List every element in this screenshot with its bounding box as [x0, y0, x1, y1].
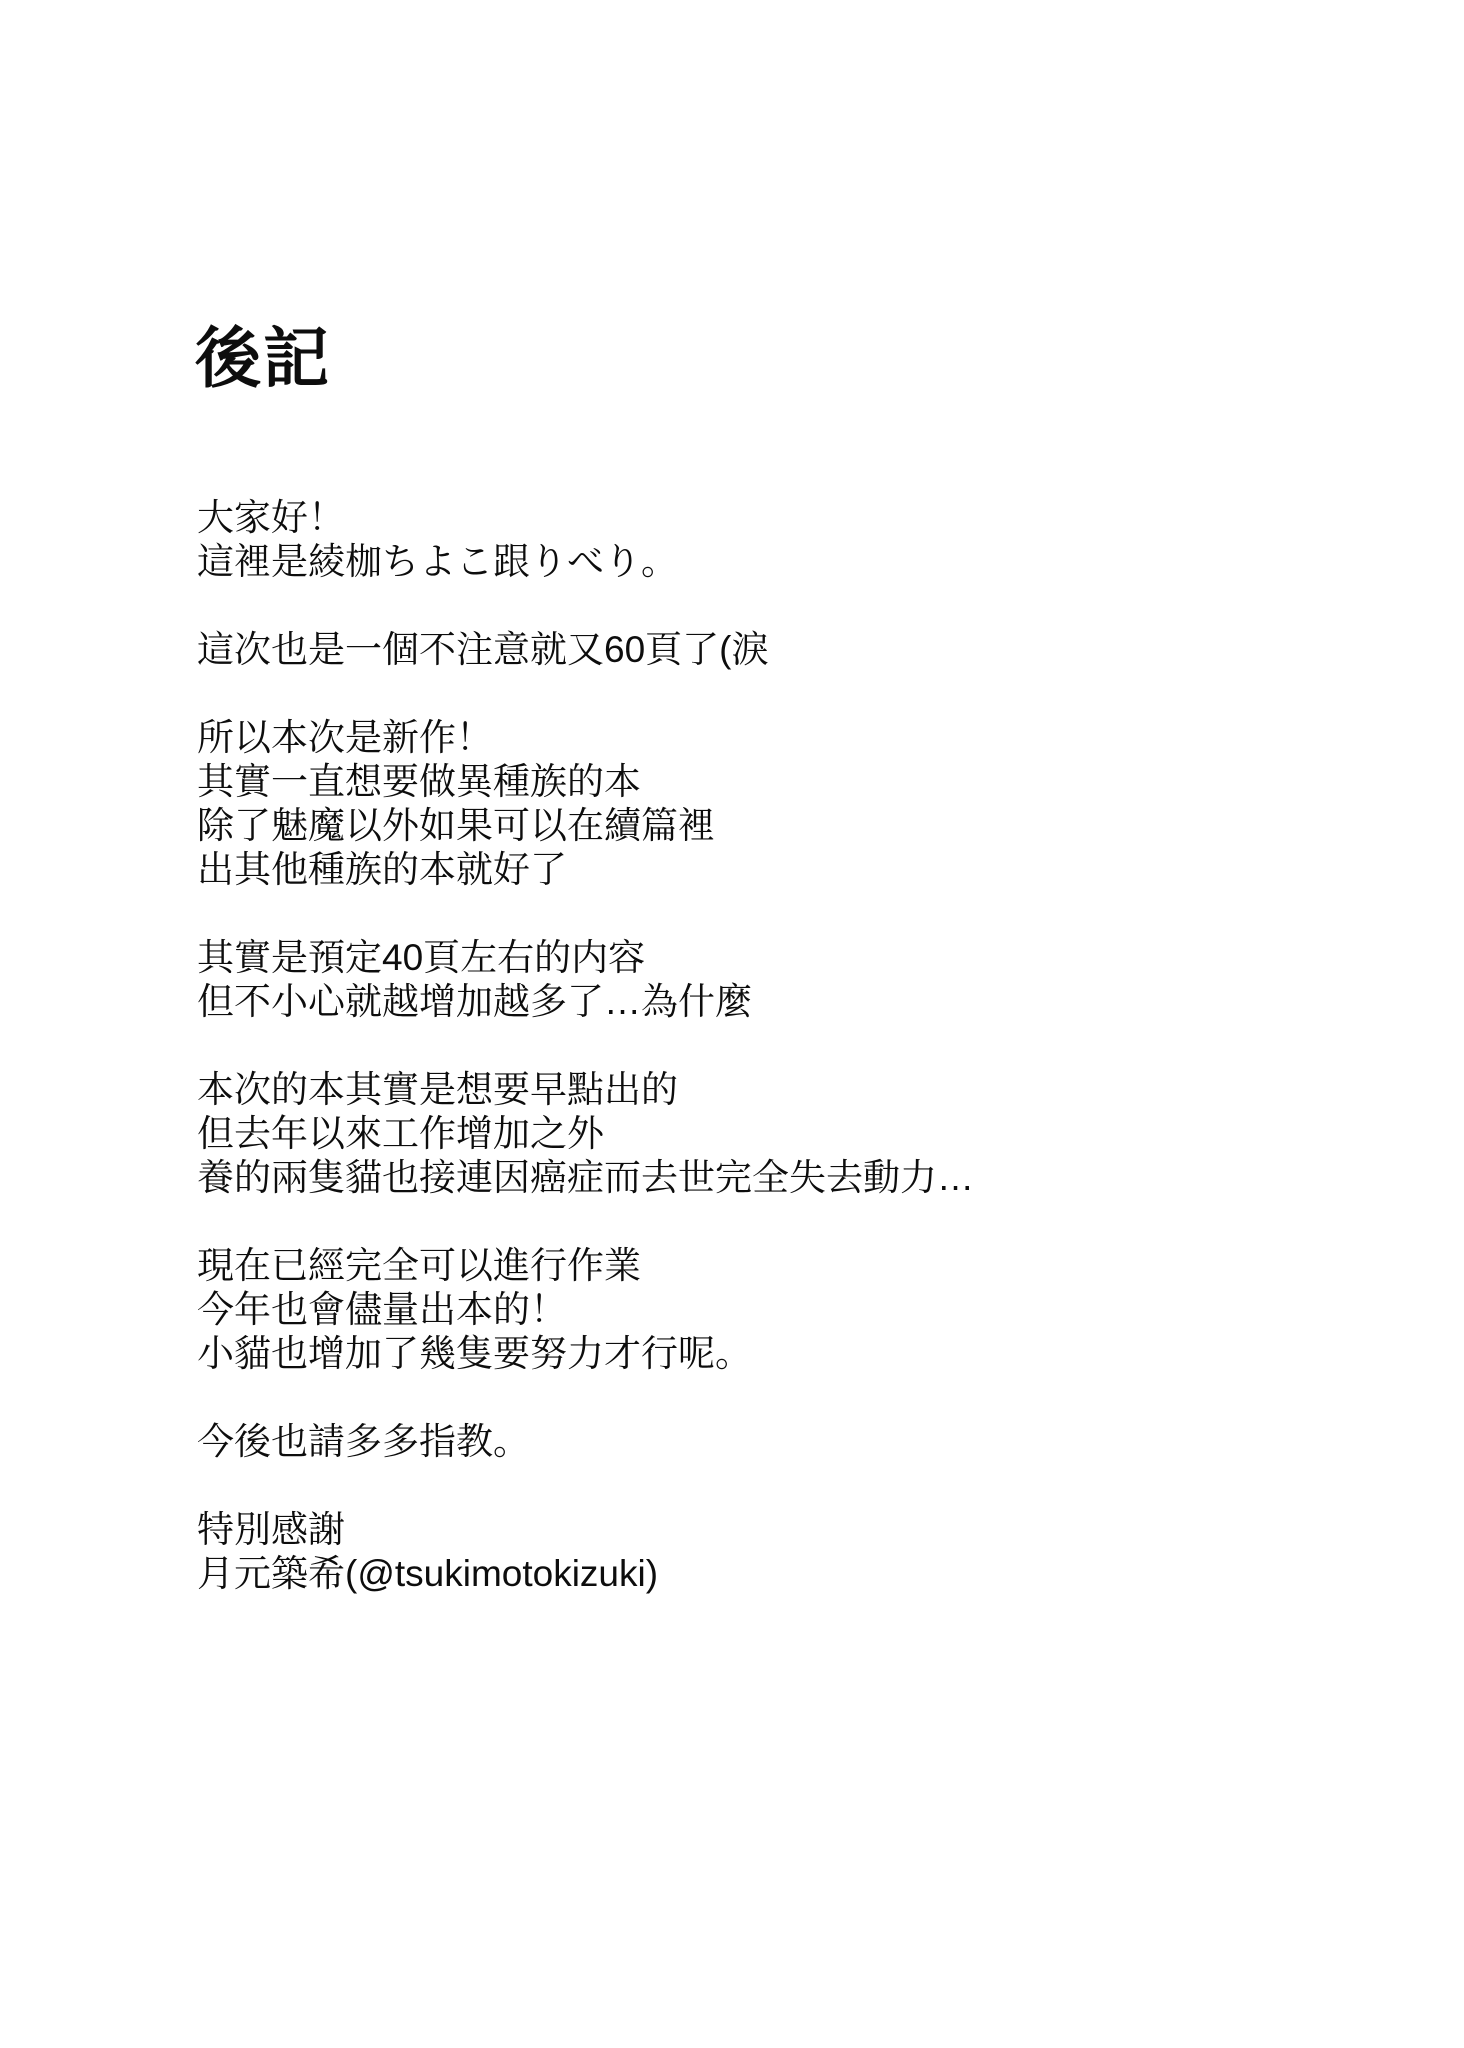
text-line: 其實是預定40頁左右的内容: [197, 936, 974, 980]
text-line: 今年也會儘量出本的！: [197, 1288, 974, 1332]
paragraph-new-work: 所以本次是新作！ 其實一直想要做異種族的本 除了魅魔以外如果可以在續篇裡 出其他…: [197, 716, 974, 892]
afterword-body: 大家好！ 這裡是綾枷ちよこ跟りべり。 這次也是一個不注意就又60頁了(淚 所以本…: [197, 496, 974, 1640]
text-line: 月元築希(@tsukimotokizuki): [197, 1552, 974, 1596]
text-line: 大家好！: [197, 496, 974, 540]
text-line: 出其他種族的本就好了: [197, 848, 974, 892]
text-line: 但不小心就越增加越多了…為什麼: [197, 980, 974, 1024]
paragraph-delay-reason: 本次的本其實是想要早點出的 但去年以來工作增加之外 養的兩隻貓也接連因癌症而去世…: [197, 1068, 974, 1200]
paragraph-greeting: 大家好！ 這裡是綾枷ちよこ跟りべり。: [197, 496, 974, 584]
text-line: 本次的本其實是想要早點出的: [197, 1068, 974, 1112]
text-line: 小貓也增加了幾隻要努力才行呢。: [197, 1332, 974, 1376]
paragraph-planned-length: 其實是預定40頁左右的内容 但不小心就越增加越多了…為什麼: [197, 936, 974, 1024]
text-line: 這次也是一個不注意就又60頁了(淚: [197, 628, 974, 672]
text-line: 這裡是綾枷ちよこ跟りべり。: [197, 540, 974, 584]
text-line: 除了魅魔以外如果可以在續篇裡: [197, 804, 974, 848]
paragraph-current-status: 現在已經完全可以進行作業 今年也會儘量出本的！ 小貓也增加了幾隻要努力才行呢。: [197, 1244, 974, 1376]
paragraph-page-count: 這次也是一個不注意就又60頁了(淚: [197, 628, 974, 672]
paragraph-special-thanks: 特別感謝 月元築希(@tsukimotokizuki): [197, 1508, 974, 1596]
text-line: 養的兩隻貓也接連因癌症而去世完全失去動力…: [197, 1156, 974, 1200]
text-line: 其實一直想要做異種族的本: [197, 760, 974, 804]
afterword-page: 後記 大家好！ 這裡是綾枷ちよこ跟りべり。 這次也是一個不注意就又60頁了(淚 …: [0, 0, 1464, 2048]
text-line: 特別感謝: [197, 1508, 974, 1552]
paragraph-closing: 今後也請多多指教。: [197, 1420, 974, 1464]
text-line: 現在已經完全可以進行作業: [197, 1244, 974, 1288]
page-title: 後記: [195, 322, 331, 395]
text-line: 所以本次是新作！: [197, 716, 974, 760]
text-line: 今後也請多多指教。: [197, 1420, 974, 1464]
text-line: 但去年以來工作增加之外: [197, 1112, 974, 1156]
